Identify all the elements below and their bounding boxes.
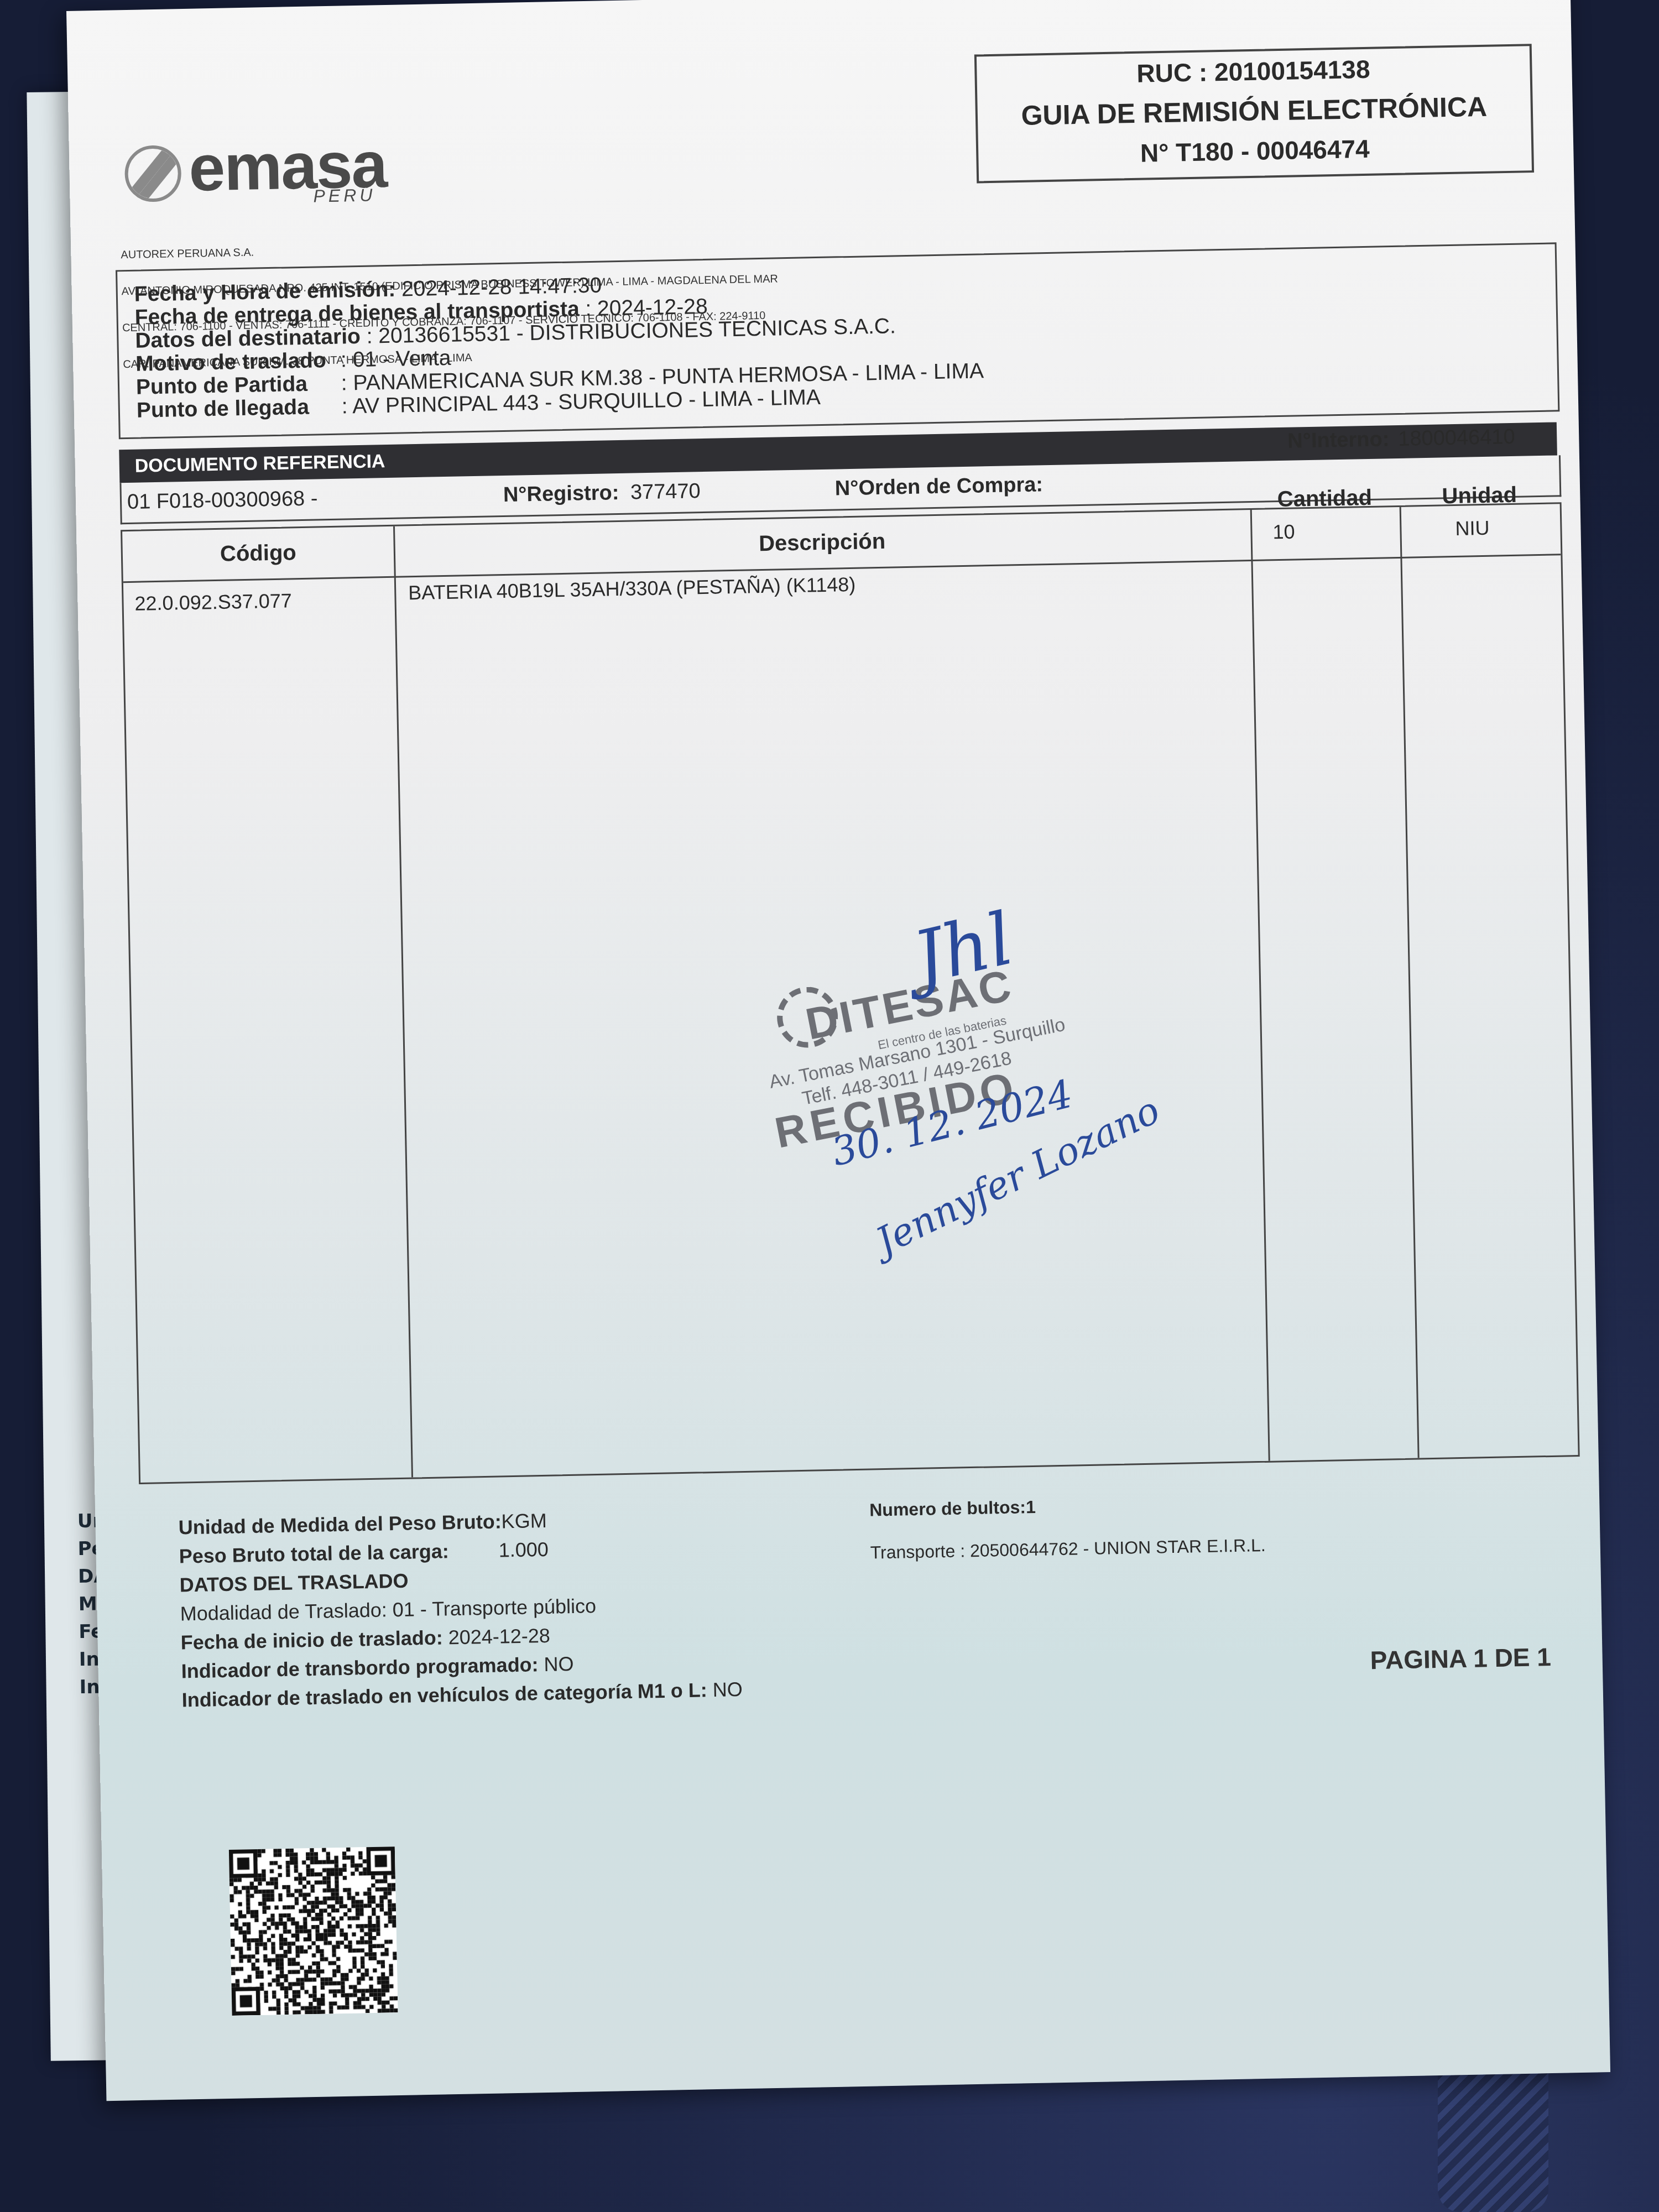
column-divider: [1400, 507, 1420, 1458]
transportista: Transporte : 20500644762 - UNION STAR E.…: [870, 1535, 1266, 1563]
transbordo-label: Indicador de transbordo programado:: [181, 1653, 539, 1682]
company-name: AUTOREX PERUANA S.A.: [121, 236, 778, 261]
inicio-traslado-value: 2024-12-28: [448, 1624, 550, 1649]
shipment-info-box: Fecha y Hora de emisión: 2024-12-28 14:4…: [116, 242, 1559, 439]
registro-value: 377470: [630, 479, 701, 504]
column-header-cantidad: Cantidad: [1250, 485, 1400, 513]
item-codigo: 22.0.092.S37.077: [134, 589, 292, 615]
unidad-peso-value: KGM: [501, 1509, 547, 1533]
page-indicator: PAGINA 1 DE 1: [1370, 1642, 1551, 1675]
qr-code-image: [229, 1846, 398, 2016]
transport-details: Numero de bultos:1 Transporte : 20500644…: [869, 1493, 1266, 1563]
brand-country: PERÚ: [313, 185, 376, 206]
column-header-unidad: Unidad: [1399, 482, 1560, 510]
interno-value: 1800046410: [1398, 425, 1515, 451]
emasa-logo-icon: [124, 145, 182, 202]
m1-value: NO: [712, 1678, 743, 1701]
llegada-label: Punto de llegada: [136, 395, 336, 423]
orden-compra-label: N°Orden de Compra:: [834, 473, 1043, 500]
column-header-codigo: Código: [123, 539, 394, 568]
motivo-value: : 01 - Venta: [341, 346, 451, 372]
item-descripcion: BATERIA 40B19L 35AH/330A (PESTAÑA) (K114…: [408, 573, 856, 605]
item-unidad: NIU: [1455, 517, 1490, 540]
entrega-value: : 2024-12-28: [585, 295, 708, 321]
numero-bultos: Numero de bultos:1: [869, 1493, 1265, 1521]
interno-label: N°Interno:: [1287, 427, 1390, 453]
registro-label: N°Registro:: [503, 481, 619, 507]
reference-document: 01 F018-00300968 -: [127, 487, 318, 514]
qr-code: [229, 1846, 398, 2016]
peso-bruto-label: Peso Bruto total de la carga:: [179, 1540, 449, 1567]
remission-guide-sheet: emasa PERÚ AUTOREX PERUANA S.A. AV. ANTO…: [66, 0, 1610, 2101]
document-id-box: RUC : 20100154138 GUIA DE REMISIÓN ELECT…: [974, 44, 1534, 183]
unidad-peso-label: Unidad de Medida del Peso Bruto:: [178, 1510, 502, 1538]
peso-bruto-value: 1.000: [498, 1538, 549, 1562]
inicio-traslado-label: Fecha de inicio de traslado:: [180, 1626, 443, 1653]
transfer-details: Unidad de Medida del Peso Bruto:KGM Peso…: [178, 1503, 743, 1714]
item-cantidad: 10: [1272, 520, 1295, 544]
column-divider: [1250, 510, 1270, 1461]
transbordo-value: NO: [544, 1652, 574, 1676]
column-divider: [393, 526, 413, 1478]
